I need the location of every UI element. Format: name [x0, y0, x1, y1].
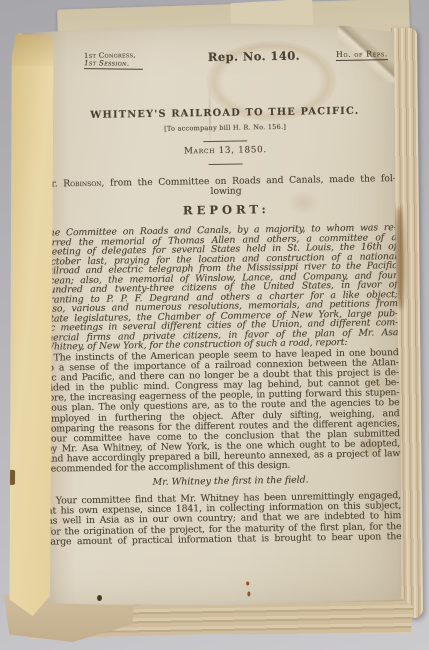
byline-name: Robinson — [63, 178, 101, 190]
closing-paragraph: Your committee find that Mr. Whitney has… — [47, 491, 402, 548]
photo-background: 1st Congress, 1st Session. Rep. No. 140.… — [0, 0, 429, 650]
document-page: 1st Congress, 1st Session. Rep. No. 140.… — [15, 21, 404, 611]
chamber-label: Ho. of Reps. — [336, 49, 388, 61]
report-heading: REPORT: — [42, 200, 396, 220]
congress-session-label: 1st Congress, 1st Session. — [84, 51, 144, 71]
separator-rule — [209, 163, 243, 165]
accompany-note: [To accompany bill H. R. No. 156.] — [41, 121, 395, 135]
report-number: Rep. No. 140. — [208, 49, 300, 64]
report-body-paragraph: The instincts of the American people see… — [45, 348, 401, 475]
dark-speck — [97, 595, 102, 601]
document-title: WHITNEY'S RAILROAD TO THE PACIFIC. — [41, 105, 395, 122]
ink-speck — [247, 591, 250, 596]
committee-preamble: The Committee on Roads and Canals, by a … — [43, 223, 399, 352]
section-heading: Mr. Whitney the first in the field. — [47, 473, 401, 490]
session-line: 1st Session. — [84, 60, 143, 71]
date-line: March 13, 1850. — [41, 143, 395, 159]
ink-speck — [246, 581, 249, 585]
tape-strip — [8, 34, 54, 616]
byline: Mr. Robinson, from the Committee on Road… — [42, 174, 396, 199]
separator-rule — [203, 140, 247, 142]
